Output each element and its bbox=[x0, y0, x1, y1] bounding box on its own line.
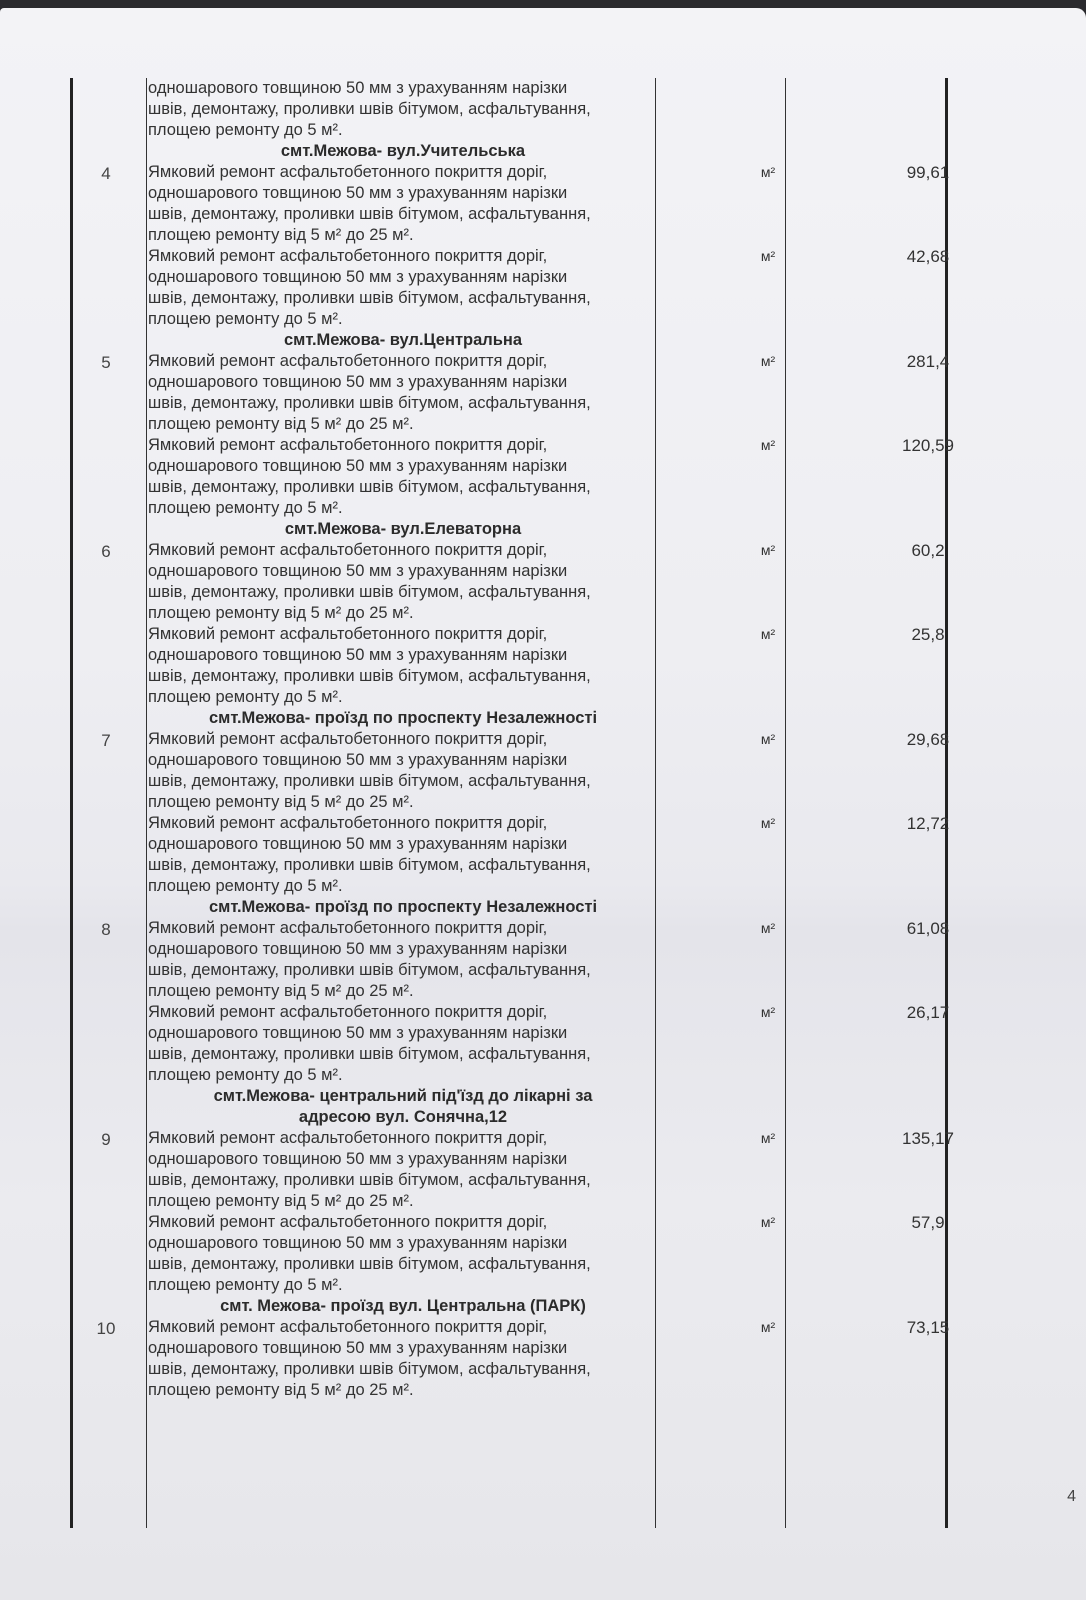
work-item: Ямковий ремонт асфальтобетонного покритт… bbox=[148, 624, 658, 708]
description-line: одношарового товщиною 50 мм з урахування… bbox=[148, 456, 658, 477]
description-line: Ямковий ремонт асфальтобетонного покритт… bbox=[148, 351, 658, 372]
description-line: Ямковий ремонт асфальтобетонного покритт… bbox=[148, 1212, 658, 1233]
work-item: Ямковий ремонт асфальтобетонного покритт… bbox=[148, 162, 658, 246]
work-item: Ямковий ремонт асфальтобетонного покритт… bbox=[148, 246, 658, 330]
location-heading: смт.Межова- вул.Центральна bbox=[148, 330, 658, 351]
work-item: Ямковий ремонт асфальтобетонного покритт… bbox=[148, 1317, 658, 1401]
description-line: одношарового товщиною 50 мм з урахування… bbox=[148, 183, 658, 204]
description-line: одношарового товщиною 50 мм з урахування… bbox=[148, 1233, 658, 1254]
quantity-cell: 99,61 bbox=[848, 162, 1008, 183]
description-line: швів, демонтажу, проливки швів бітумом, … bbox=[148, 960, 658, 981]
table-row: 8смт.Межова- проїзд по проспекту Незалеж… bbox=[70, 897, 970, 1086]
document-page: одношарового товщиною 50 мм з урахування… bbox=[0, 8, 1086, 1600]
work-item: Ямковий ремонт асфальтобетонного покритт… bbox=[148, 729, 658, 813]
location-heading: смт.Межова- проїзд по проспекту Незалежн… bbox=[148, 708, 658, 729]
table-row: 4смт.Межова- вул.УчительськаЯмковий ремо… bbox=[70, 141, 970, 330]
quantity-cell: 25,8 bbox=[848, 624, 1008, 645]
quantity-cell: 12,72 bbox=[848, 813, 1008, 834]
description-line: площею ремонту до 5 м². bbox=[148, 309, 658, 330]
row-number: 7 bbox=[70, 708, 142, 897]
unit-cell: м² bbox=[708, 162, 828, 183]
continued-description: одношарового товщиною 50 мм з урахування… bbox=[142, 78, 658, 141]
description-line: одношарового товщиною 50 мм з урахування… bbox=[148, 78, 658, 99]
description-line: швів, демонтажу, проливки швів бітумом, … bbox=[148, 771, 658, 792]
description-line: Ямковий ремонт асфальтобетонного покритт… bbox=[148, 729, 658, 750]
description-line: одношарового товщиною 50 мм з урахування… bbox=[148, 939, 658, 960]
description-line: швів, демонтажу, проливки швів бітумом, … bbox=[148, 288, 658, 309]
unit-cell: м² bbox=[708, 351, 828, 372]
quantity-cell: 26,17 bbox=[848, 1002, 1008, 1023]
row-number: 9 bbox=[70, 1086, 142, 1296]
description-line: швів, демонтажу, проливки швів бітумом, … bbox=[148, 582, 658, 603]
table-body: одношарового товщиною 50 мм з урахування… bbox=[70, 78, 970, 1401]
unit-cell: м² bbox=[708, 540, 828, 561]
description-line: швів, демонтажу, проливки швів бітумом, … bbox=[148, 477, 658, 498]
description-line: Ямковий ремонт асфальтобетонного покритт… bbox=[148, 435, 658, 456]
description-line: площею ремонту від 5 м² до 25 м². bbox=[148, 792, 658, 813]
quantity-cell: 42,68 bbox=[848, 246, 1008, 267]
work-item: Ямковий ремонт асфальтобетонного покритт… bbox=[148, 435, 658, 519]
quantity-cell: 60,2 bbox=[848, 540, 1008, 561]
description-line: швів, демонтажу, проливки швів бітумом, … bbox=[148, 1170, 658, 1191]
row-description: смт.Межова- вул.ЕлеваторнаЯмковий ремонт… bbox=[142, 519, 658, 708]
table-row: 9смт.Межова- центральний під'їзд до ліка… bbox=[70, 1086, 970, 1296]
work-item: Ямковий ремонт асфальтобетонного покритт… bbox=[148, 1002, 658, 1086]
description-line: Ямковий ремонт асфальтобетонного покритт… bbox=[148, 624, 658, 645]
description-line: площею ремонту до 5 м². bbox=[148, 1275, 658, 1296]
description-line: швів, демонтажу, проливки швів бітумом, … bbox=[148, 666, 658, 687]
row-description: смт. Межова- проїзд вул. Центральна (ПАР… bbox=[142, 1296, 658, 1401]
description-line: площею ремонту від 5 м² до 25 м². bbox=[148, 225, 658, 246]
description-line: Ямковий ремонт асфальтобетонного покритт… bbox=[148, 918, 658, 939]
row-number bbox=[70, 78, 142, 141]
work-item: Ямковий ремонт асфальтобетонного покритт… bbox=[148, 813, 658, 897]
description-line: Ямковий ремонт асфальтобетонного покритт… bbox=[148, 162, 658, 183]
row-number: 4 bbox=[70, 141, 142, 330]
description-line: швів, демонтажу, проливки швів бітумом, … bbox=[148, 855, 658, 876]
unit-cell: м² bbox=[708, 813, 828, 834]
description-line: площею ремонту до 5 м². bbox=[148, 876, 658, 897]
description-line: швів, демонтажу, проливки швів бітумом, … bbox=[148, 1044, 658, 1065]
description-line: одношарового товщиною 50 мм з урахування… bbox=[148, 645, 658, 666]
unit-cell: м² bbox=[708, 1317, 828, 1338]
unit-cell: м² bbox=[708, 1002, 828, 1023]
row-number: 6 bbox=[70, 519, 142, 708]
description-line: Ямковий ремонт асфальтобетонного покритт… bbox=[148, 1002, 658, 1023]
description-line: Ямковий ремонт асфальтобетонного покритт… bbox=[148, 813, 658, 834]
description-line: Ямковий ремонт асфальтобетонного покритт… bbox=[148, 246, 658, 267]
description-line: одношарового товщиною 50 мм з урахування… bbox=[148, 834, 658, 855]
description-line: площею ремонту від 5 м² до 25 м². bbox=[148, 1191, 658, 1212]
quantity-cell: 135,17 bbox=[848, 1128, 1008, 1149]
description-line: швів, демонтажу, проливки швів бітумом, … bbox=[148, 1359, 658, 1380]
work-item: Ямковий ремонт асфальтобетонного покритт… bbox=[148, 918, 658, 1002]
description-line: одношарового товщиною 50 мм з урахування… bbox=[148, 1338, 658, 1359]
quantity-cell: 57,9 bbox=[848, 1212, 1008, 1233]
description-line: Ямковий ремонт асфальтобетонного покритт… bbox=[148, 1317, 658, 1338]
description-line: площею ремонту від 5 м² до 25 м². bbox=[148, 414, 658, 435]
unit-cell: м² bbox=[708, 246, 828, 267]
description-line: одношарового товщиною 50 мм з урахування… bbox=[148, 750, 658, 771]
row-number: 10 bbox=[70, 1296, 142, 1401]
table-row: 6смт.Межова- вул.ЕлеваторнаЯмковий ремон… bbox=[70, 519, 970, 708]
quantity-cell: 73,15 bbox=[848, 1317, 1008, 1338]
description-line: Ямковий ремонт асфальтобетонного покритт… bbox=[148, 1128, 658, 1149]
page-number: 4 bbox=[1067, 1488, 1076, 1506]
description-line: площею ремонту до 5 м². bbox=[148, 120, 658, 141]
location-heading: смт.Межова- проїзд по проспекту Незалежн… bbox=[148, 897, 658, 918]
row-description: смт.Межова- вул.УчительськаЯмковий ремон… bbox=[142, 141, 658, 330]
description-line: площею ремонту до 5 м². bbox=[148, 498, 658, 519]
row-description: смт.Межова- проїзд по проспекту Незалежн… bbox=[142, 897, 658, 1086]
unit-cell: м² bbox=[708, 1128, 828, 1149]
quantity-cell: 281,4 bbox=[848, 351, 1008, 372]
location-heading: смт. Межова- проїзд вул. Центральна (ПАР… bbox=[148, 1296, 658, 1317]
description-line: площею ремонту до 5 м². bbox=[148, 1065, 658, 1086]
description-line: площею ремонту від 5 м² до 25 м². bbox=[148, 1380, 658, 1401]
description-line: швів, демонтажу, проливки швів бітумом, … bbox=[148, 204, 658, 225]
unit-cell: м² bbox=[708, 729, 828, 750]
location-heading: адресою вул. Сонячна,12 bbox=[148, 1107, 658, 1128]
unit-cell: м² bbox=[708, 624, 828, 645]
table-row: 5смт.Межова- вул.ЦентральнаЯмковий ремон… bbox=[70, 330, 970, 519]
continued-row: одношарового товщиною 50 мм з урахування… bbox=[70, 78, 970, 141]
work-item: Ямковий ремонт асфальтобетонного покритт… bbox=[148, 351, 658, 435]
location-heading: смт.Межова- вул.Учительська bbox=[148, 141, 658, 162]
location-heading: смт.Межова- вул.Елеваторна bbox=[148, 519, 658, 540]
row-number: 8 bbox=[70, 897, 142, 1086]
description-line: площею ремонту від 5 м² до 25 м². bbox=[148, 981, 658, 1002]
description-line: площею ремонту від 5 м² до 25 м². bbox=[148, 603, 658, 624]
work-item: Ямковий ремонт асфальтобетонного покритт… bbox=[148, 540, 658, 624]
table-row: 7смт.Межова- проїзд по проспекту Незалеж… bbox=[70, 708, 970, 897]
description-line: одношарового товщиною 50 мм з урахування… bbox=[148, 267, 658, 288]
description-line: одношарового товщиною 50 мм з урахування… bbox=[148, 1149, 658, 1170]
works-table: одношарового товщиною 50 мм з урахування… bbox=[70, 78, 970, 1528]
row-number: 5 bbox=[70, 330, 142, 519]
table-row: 10смт. Межова- проїзд вул. Центральна (П… bbox=[70, 1296, 970, 1401]
work-item: Ямковий ремонт асфальтобетонного покритт… bbox=[148, 1212, 658, 1296]
quantity-cell: 120,59 bbox=[848, 435, 1008, 456]
description-line: площею ремонту до 5 м². bbox=[148, 687, 658, 708]
unit-cell: м² bbox=[708, 918, 828, 939]
row-description: смт.Межова- вул.ЦентральнаЯмковий ремонт… bbox=[142, 330, 658, 519]
unit-cell: м² bbox=[708, 1212, 828, 1233]
description-line: одношарового товщиною 50 мм з урахування… bbox=[148, 1023, 658, 1044]
description-line: швів, демонтажу, проливки швів бітумом, … bbox=[148, 393, 658, 414]
description-line: Ямковий ремонт асфальтобетонного покритт… bbox=[148, 540, 658, 561]
description-line: швів, демонтажу, проливки швів бітумом, … bbox=[148, 99, 658, 120]
unit-cell: м² bbox=[708, 435, 828, 456]
quantity-cell: 29,68 bbox=[848, 729, 1008, 750]
row-description: смт.Межова- центральний під'їзд до лікар… bbox=[142, 1086, 658, 1296]
description-line: одношарового товщиною 50 мм з урахування… bbox=[148, 372, 658, 393]
work-item: Ямковий ремонт асфальтобетонного покритт… bbox=[148, 1128, 658, 1212]
location-heading: смт.Межова- центральний під'їзд до лікар… bbox=[148, 1086, 658, 1107]
description-line: одношарового товщиною 50 мм з урахування… bbox=[148, 561, 658, 582]
quantity-cell: 61,08 bbox=[848, 918, 1008, 939]
description-line: швів, демонтажу, проливки швів бітумом, … bbox=[148, 1254, 658, 1275]
row-description: смт.Межова- проїзд по проспекту Незалежн… bbox=[142, 708, 658, 897]
